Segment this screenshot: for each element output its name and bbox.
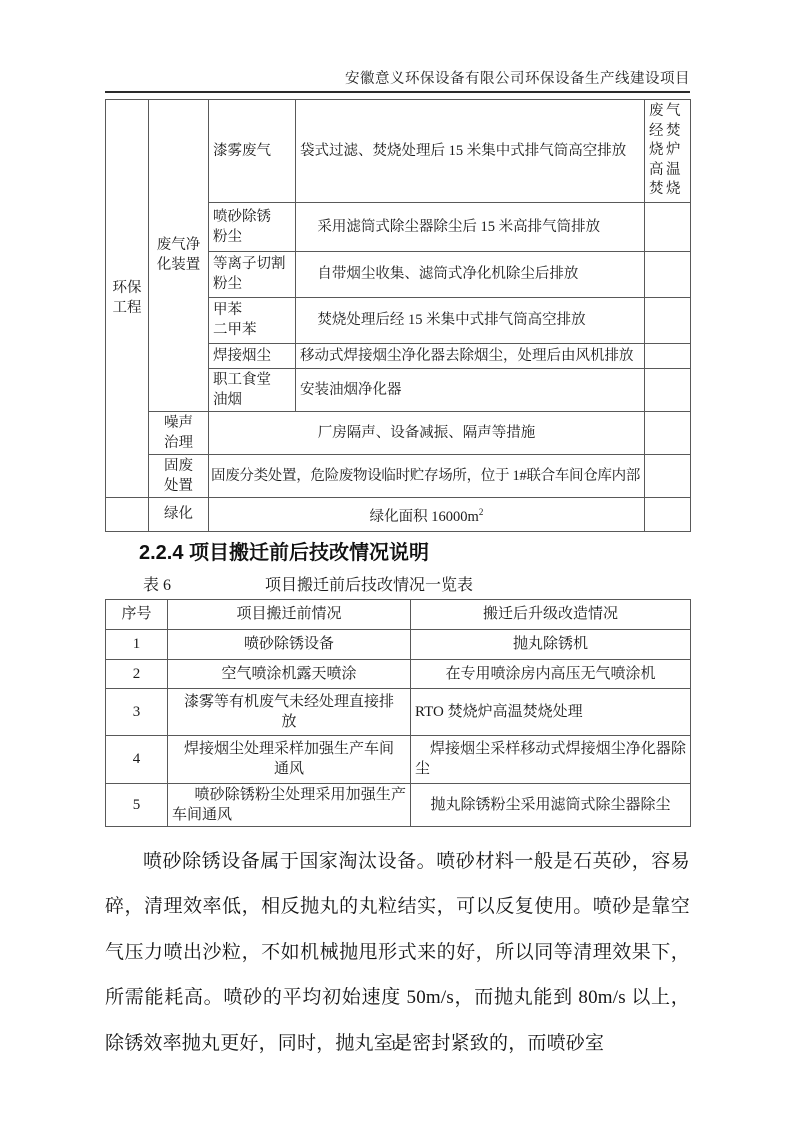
pollutant-cell: 漆雾废气 — [209, 100, 296, 203]
pollutant-cell: 喷砂除锈 粉尘 — [209, 202, 296, 251]
empty-cell — [106, 497, 149, 531]
table-row: 噪声 治理 厂房隔声、设备减振、隔声等措施 — [106, 411, 691, 454]
after-cell: 抛丸除锈机 — [411, 629, 691, 659]
document-header: 安徽意义环保设备有限公司环保设备生产线建设项目 — [105, 70, 690, 93]
table-row: 5 喷砂除锈粉尘处理采用加强生产车间通风 抛丸除锈粉尘采用滤筒式除尘器除尘 — [106, 783, 691, 826]
table-row: 环保 工程 废气净 化装置 漆雾废气 袋式过滤、焚烧处理后 15 米集中式排气筒… — [106, 100, 691, 203]
before-cell: 喷砂除锈粉尘处理采用加强生产车间通风 — [168, 783, 411, 826]
treatment-cell: 袋式过滤、焚烧处理后 15 米集中式排气筒高空排放 — [296, 100, 645, 203]
before-cell: 空气喷涂机露天喷涂 — [168, 659, 411, 688]
empty-cell — [645, 297, 691, 343]
column-header-before: 项目搬迁前情况 — [168, 599, 411, 629]
table6-label: 表 6 — [143, 576, 171, 596]
body-paragraph: 喷砂除锈设备属于国家淘汰设备。喷砂材料一般是石英砂，容易碎，清理效率低，相反抛丸… — [105, 839, 690, 1067]
upgrade-comparison-table: 序号 项目搬迁前情况 搬迁后升级改造情况 1 喷砂除锈设备 抛丸除锈机 2 空气… — [105, 599, 691, 827]
table-row: 绿化 绿化面积 16000m2 — [106, 497, 691, 531]
treatment-cell: 移动式焊接烟尘净化器去除烟尘，处理后由风机排放 — [296, 343, 645, 368]
env-works-table: 环保 工程 废气净 化装置 漆雾废气 袋式过滤、焚烧处理后 15 米集中式排气筒… — [105, 99, 691, 532]
header-title: 安徽意义环保设备有限公司环保设备生产线建设项目 — [105, 70, 690, 93]
table-header-row: 序号 项目搬迁前情况 搬迁后升级改造情况 — [106, 599, 691, 629]
column-header-after: 搬迁后升级改造情况 — [411, 599, 691, 629]
solid-waste-label: 固废 处置 — [149, 454, 209, 497]
treatment-cell: 焚烧处理后经 15 米集中式排气筒高空排放 — [296, 297, 645, 343]
column-header-seq: 序号 — [106, 599, 168, 629]
greening-label: 绿化 — [149, 497, 209, 531]
empty-cell — [645, 411, 691, 454]
after-cell: RTO 焚烧炉高温焚烧处理 — [411, 688, 691, 735]
empty-cell — [645, 202, 691, 251]
empty-cell — [645, 454, 691, 497]
env-works-label: 环保 工程 — [106, 100, 149, 498]
gas-purification-label: 废气净 化装置 — [149, 100, 209, 412]
table-row: 固废 处置 固废分类处置，危险废物设临时贮存场所，位于 1#联合车间仓库内部 — [106, 454, 691, 497]
seq-cell: 4 — [106, 735, 168, 783]
greening-content: 绿化面积 16000m2 — [209, 497, 645, 531]
after-cell: 焊接烟尘采样移动式焊接烟尘净化器除尘 — [411, 735, 691, 783]
seq-cell: 2 — [106, 659, 168, 688]
pollutant-cell: 甲苯 二甲苯 — [209, 297, 296, 343]
page-content: 安徽意义环保设备有限公司环保设备生产线建设项目 环保 工程 废气净 化装置 漆雾… — [105, 70, 690, 1066]
greening-text: 绿化面积 16000m — [370, 508, 479, 524]
incineration-note-cell: 废气经焚烧炉高温焚烧 — [645, 100, 691, 203]
table-row: 3 漆雾等有机废气未经处理直接排放 RTO 焚烧炉高温焚烧处理 — [106, 688, 691, 735]
table-row: 1 喷砂除锈设备 抛丸除锈机 — [106, 629, 691, 659]
seq-cell: 1 — [106, 629, 168, 659]
treatment-cell: 安装油烟净化器 — [296, 368, 645, 411]
before-cell: 喷砂除锈设备 — [168, 629, 411, 659]
before-cell: 漆雾等有机废气未经处理直接排放 — [168, 688, 411, 735]
noise-control-content: 厂房隔声、设备减振、隔声等措施 — [209, 411, 645, 454]
table-row: 2 空气喷涂机露天喷涂 在专用喷涂房内高压无气喷涂机 — [106, 659, 691, 688]
empty-cell — [645, 343, 691, 368]
before-cell: 焊接烟尘处理采样加强生产车间通风 — [168, 735, 411, 783]
empty-cell — [645, 368, 691, 411]
after-cell: 抛丸除锈粉尘采用滤筒式除尘器除尘 — [411, 783, 691, 826]
empty-cell — [645, 251, 691, 297]
table-row: 4 焊接烟尘处理采样加强生产车间通风 焊接烟尘采样移动式焊接烟尘净化器除尘 — [106, 735, 691, 783]
solid-waste-content: 固废分类处置，危险废物设临时贮存场所，位于 1#联合车间仓库内部 — [209, 454, 645, 497]
after-cell: 在专用喷涂房内高压无气喷涂机 — [411, 659, 691, 688]
pollutant-cell: 职工食堂 油烟 — [209, 368, 296, 411]
page-number: 13 — [0, 1038, 794, 1054]
table6-title: 项目搬迁前后技改情况一览表 — [265, 576, 473, 596]
seq-cell: 3 — [106, 688, 168, 735]
pollutant-cell: 等离子切割 粉尘 — [209, 251, 296, 297]
pollutant-cell: 焊接烟尘 — [209, 343, 296, 368]
treatment-cell: 自带烟尘收集、滤筒式净化机除尘后排放 — [296, 251, 645, 297]
seq-cell: 5 — [106, 783, 168, 826]
table6-caption: 表 6 项目搬迁前后技改情况一览表 — [143, 576, 690, 596]
treatment-cell: 采用滤筒式除尘器除尘后 15 米高排气筒排放 — [296, 202, 645, 251]
empty-cell — [645, 497, 691, 531]
section-heading: 2.2.4 项目搬迁前后技改情况说明 — [139, 541, 690, 565]
greening-superscript: 2 — [479, 507, 484, 517]
document-page: 安徽意义环保设备有限公司环保设备生产线建设项目 环保 工程 废气净 化装置 漆雾… — [0, 0, 794, 1123]
noise-control-label: 噪声 治理 — [149, 411, 209, 454]
